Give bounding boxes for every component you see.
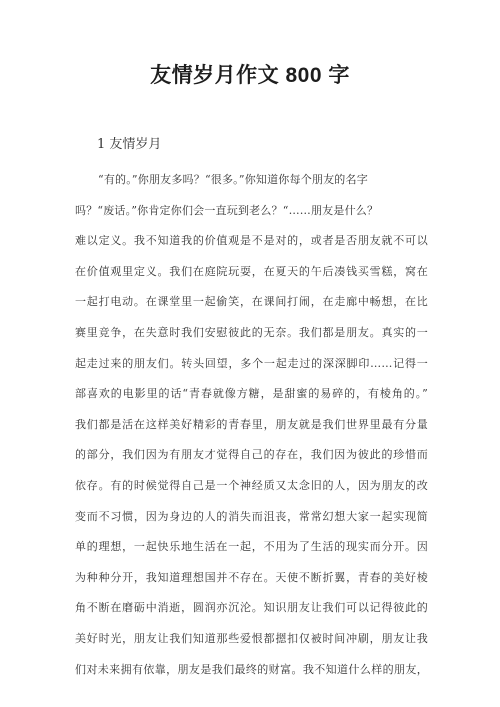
text-line: “有的。”你朋友多吗？“很多。”你知道你每个朋友的名字 [75, 165, 428, 196]
text-line: 为种种分开，我知道理想国并不存在。天使不断折翼，青春的美好棱 [75, 563, 428, 594]
section-heading: 1 友情岁月 [97, 135, 161, 155]
text-line: 赛里竞争，在失意时我们安慰彼此的无奈。我们都是朋友。真实的一 [75, 318, 428, 349]
text-line: 在价值观里定义。我们在庭院玩耍，在夏天的午后凑钱买雪糕，窝在 [75, 257, 428, 288]
text-line: 美好时光，朋友让我们知道那些爱恨都摁扣仅被时间冲刷，朋友让我 [75, 624, 428, 655]
text-line: 我们都是活在这样美好精彩的青春里，朋友就是我们世界里最有分量 [75, 410, 428, 441]
text-line: 的部分，我们因为有朋友才觉得自己的存在，我们因为彼此的珍惜而 [75, 440, 428, 471]
text-line: 起走过来的朋友们。转头回望，多个一起走过的深深脚印……记得一 [75, 349, 428, 380]
text-line: 角不断在磨砺中消逝，圆润亦沉沦。知识朋友让我们可以记得彼此的 [75, 593, 428, 624]
text-line: 依存。有的时候觉得自己是一个神经质又太念旧的人，因为朋友的改 [75, 471, 428, 502]
text-line: 难以定义。我不知道我的价值观是不是对的，或者是否朋友就不可以 [75, 226, 428, 257]
text-line: 一起打电动。在课堂里一起偷笑，在课间打闹，在走廊中畅想，在比 [75, 287, 428, 318]
text-line: 单的理想，一起快乐地生活在一起，不用为了生活的现实而分开。因 [75, 532, 428, 563]
text-line: 们对未来拥有依靠，朋友是我们最终的财富。我不知道什么样的朋友， [75, 655, 428, 686]
document-title: 友情岁月作文 800 字 [0, 59, 500, 89]
document-page: 友情岁月作文 800 字 1 友情岁月 “有的。”你朋友多吗？“很多。”你知道你… [0, 0, 500, 707]
text-line: 部喜欢的电影里的话“青春就像方糖，是甜蜜的易碎的，有棱角的。” [75, 379, 428, 410]
essay-body: “有的。”你朋友多吗？“很多。”你知道你每个朋友的名字吗？“废话。”你肯定你们会… [75, 165, 428, 685]
text-line: 吗？“废话。”你肯定你们会一直玩到老么？“……朋友是什么？ [75, 196, 428, 227]
text-line: 变而不习惯，因为身边的人的消失而沮丧，常常幻想大家一起实现简 [75, 502, 428, 533]
